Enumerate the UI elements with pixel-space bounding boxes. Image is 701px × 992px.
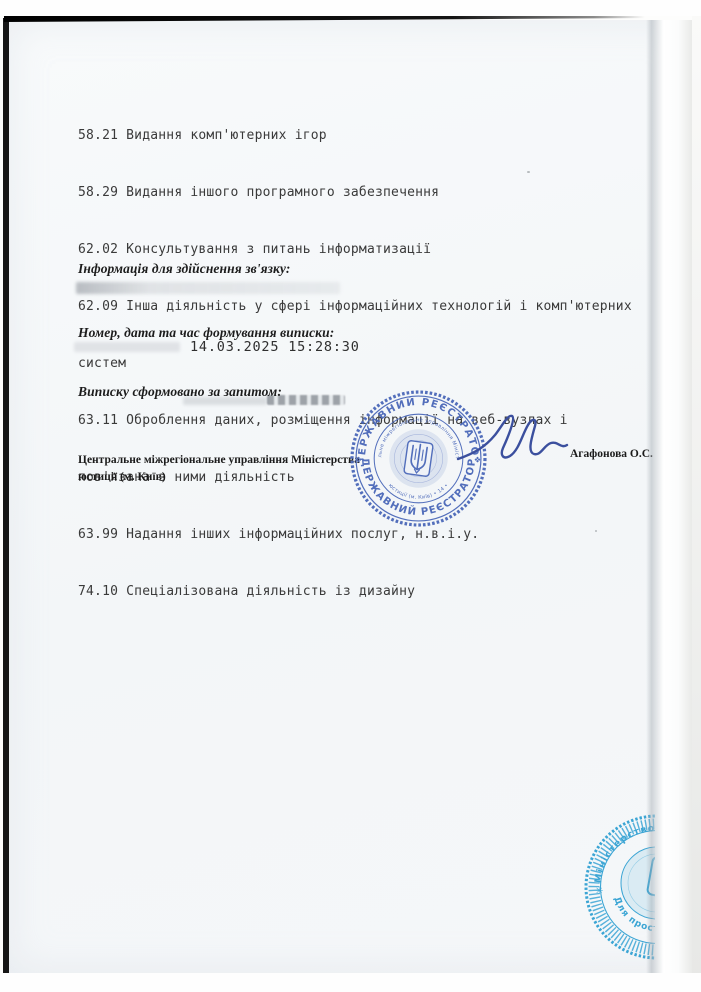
corner-stamp-star-icon: ✳ [595,886,603,897]
page-fold-edge [646,20,692,973]
scanned-document-page: 58.21 Видання комп'ютерних ігор 58.29 Ви… [0,0,701,992]
contact-heading: Інформація для здійснення зв'язку: [78,261,290,277]
scan-edge-left [3,18,9,975]
extract-datetime: 14.03.2025 15:28:30 [190,339,360,355]
activity-line: 74.10 Спеціалізована діяльність із дизай… [78,582,658,601]
activity-line: систем [78,354,658,373]
registrar-signature [455,407,570,469]
request-heading: Виписку сформовано за запитом: [78,384,282,400]
activity-line: 62.02 Консультування з питань інформатиз… [78,240,658,259]
corner-stamp-region: Міністерство ✳ Для простав № 2 [575,793,655,979]
seal-diamond-icon: ❖ [355,456,362,465]
activity-line: 58.29 Видання іншого програмного забезпе… [78,183,658,202]
trident-emblem-icon [404,440,434,476]
scan-background-bottom [0,973,701,992]
activity-line: 62.09 Інша діяльність у сфері інформацій… [78,297,658,316]
ministry-corner-stamp: Міністерство ✳ Для простав № 2 [575,793,655,979]
scan-background-top [0,0,701,16]
registrar-name: Агафонова О.С. [570,448,653,460]
scan-background-right [692,0,701,992]
signature-stroke [458,416,567,459]
activity-list: 58.21 Видання комп'ютерних ігор 58.29 Ви… [78,88,658,639]
issuing-authority: Центральне міжрегіональне управління Мін… [78,452,374,485]
activity-line: 58.21 Видання комп'ютерних ігор [78,126,658,145]
